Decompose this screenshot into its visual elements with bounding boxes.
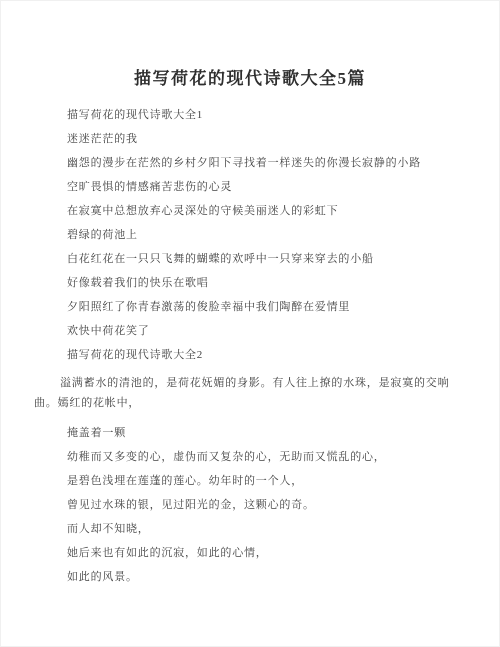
poem-line: 她后来也有如此的沉寂，如此的心情，	[67, 547, 469, 559]
poem-line: 幽怨的漫步在茫然的乡村夕阳下寻找着一样迷失的你漫长寂静的小路	[67, 157, 469, 169]
page-title: 描写荷花的现代诗歌大全5篇	[1, 67, 499, 91]
poem-line: 而人却不知晓，	[67, 523, 469, 535]
poem-line: 如此的风景。	[67, 571, 469, 583]
poem-line: 曾见过水珠的银，见过阳光的金，这颗心的奇。	[67, 499, 469, 511]
poem-line: 碧绿的荷池上	[67, 229, 469, 241]
poem-paragraph: 溢满蓄水的清池的，是荷花妩媚的身影。有人往上撩的水珠，是寂寞的交响曲。嫣红的花帐…	[34, 373, 469, 413]
section-heading: 描写荷花的现代诗歌大全2	[67, 349, 469, 361]
poem-line: 是碧色浅埋在莲蓬的莲心。幼年时的一个人，	[67, 475, 469, 487]
poem-line: 空旷畏惧的情感痛苦悲伤的心灵	[67, 181, 469, 193]
poem-line: 在寂寞中总想放弃心灵深处的守候美丽迷人的彩虹下	[67, 205, 469, 217]
section-heading: 描写荷花的现代诗歌大全1	[67, 109, 469, 121]
poem-line: 夕阳照红了你青春激荡的俊脸幸福中我们陶醉在爱情里	[67, 301, 469, 313]
poem-line: 欢快中荷花笑了	[67, 325, 469, 337]
document-body: 描写荷花的现代诗歌大全1 迷迷茫茫的我 幽怨的漫步在茫然的乡村夕阳下寻找着一样迷…	[1, 109, 499, 583]
poem-line: 迷迷茫茫的我	[67, 133, 469, 145]
poem-line: 白花红花在一只只飞舞的蝴蝶的欢呼中一只穿来穿去的小船	[67, 253, 469, 265]
poem-line: 掩盖着一颗	[67, 427, 469, 439]
poem-line: 幼稚而又多变的心，虚伪而又复杂的心，无助而又慌乱的心，	[67, 451, 469, 463]
document-page: 描写荷花的现代诗歌大全5篇 描写荷花的现代诗歌大全1 迷迷茫茫的我 幽怨的漫步在…	[0, 0, 500, 647]
poem-line: 好像载着我们的快乐在歌唱	[67, 277, 469, 289]
